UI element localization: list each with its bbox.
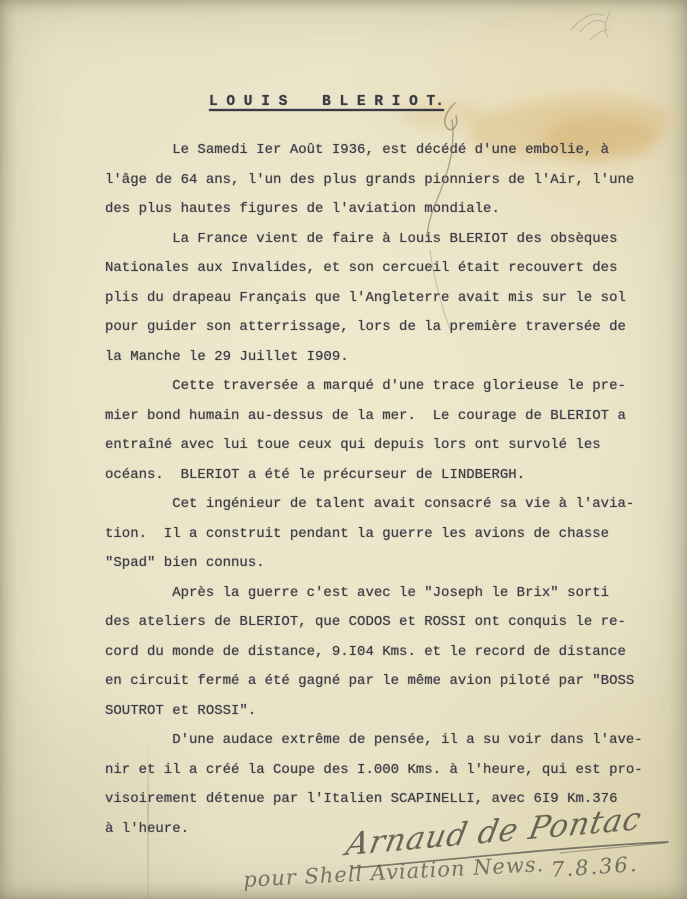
text-line: tion. Il a construit pendant la guerre l…: [105, 520, 643, 550]
page-title: L O U I S B L E R I O T.: [209, 94, 444, 110]
text-line: en circuit fermé a été gagné par le même…: [105, 667, 643, 697]
text-line: entraîné avec lui toue ceux qui depuis l…: [105, 431, 643, 461]
text-line: Nationales aux Invalides, et son cercuei…: [105, 254, 643, 284]
text-line: "Spad" bien connus.: [105, 549, 643, 579]
document-page: L O U I S B L E R I O T. Le Samedi Ier A…: [0, 0, 687, 899]
text-line: l'âge de 64 ans, l'un des plus grands pi…: [105, 166, 643, 196]
text-line: D'une audace extrême de pensée, il a su …: [105, 726, 643, 756]
document-body: Le Samedi Ier Août I936, est décédé d'un…: [105, 136, 643, 844]
text-line: mier bond humain au-dessus de la mer. Le…: [105, 402, 643, 432]
text-line: Cet ingénieur de talent avait consacré s…: [105, 490, 643, 520]
text-line: pour guider son atterrissage, lors de la…: [105, 313, 643, 343]
text-line: Après la guerre c'est avec le "Joseph le…: [105, 579, 643, 609]
handwritten-date: 7.8.36.: [550, 852, 639, 882]
text-line: Cette traversée a marqué d'une trace glo…: [105, 372, 643, 402]
text-line: nir et il a créé la Coupe des I.000 Kms.…: [105, 756, 643, 786]
text-line: cord du monde de distance, 9.I04 Kms. et…: [105, 638, 643, 668]
corner-pencil-scribble: [571, 12, 610, 40]
text-line: océans. BLERIOT a été le précurseur de L…: [105, 461, 643, 491]
text-line: des ateliers de BLERIOT, que CODOS et RO…: [105, 608, 643, 638]
text-line: Le Samedi Ier Août I936, est décédé d'un…: [105, 136, 643, 166]
text-line: des plus hautes figures de l'aviation mo…: [105, 195, 643, 225]
text-line: La France vient de faire à Louis BLERIOT…: [105, 225, 643, 255]
text-line: la Manche le 29 Juillet I909.: [105, 343, 643, 373]
text-line: plis du drapeau Français que l'Angleterr…: [105, 284, 643, 314]
text-line: SOUTROT et ROSSI".: [105, 697, 643, 727]
